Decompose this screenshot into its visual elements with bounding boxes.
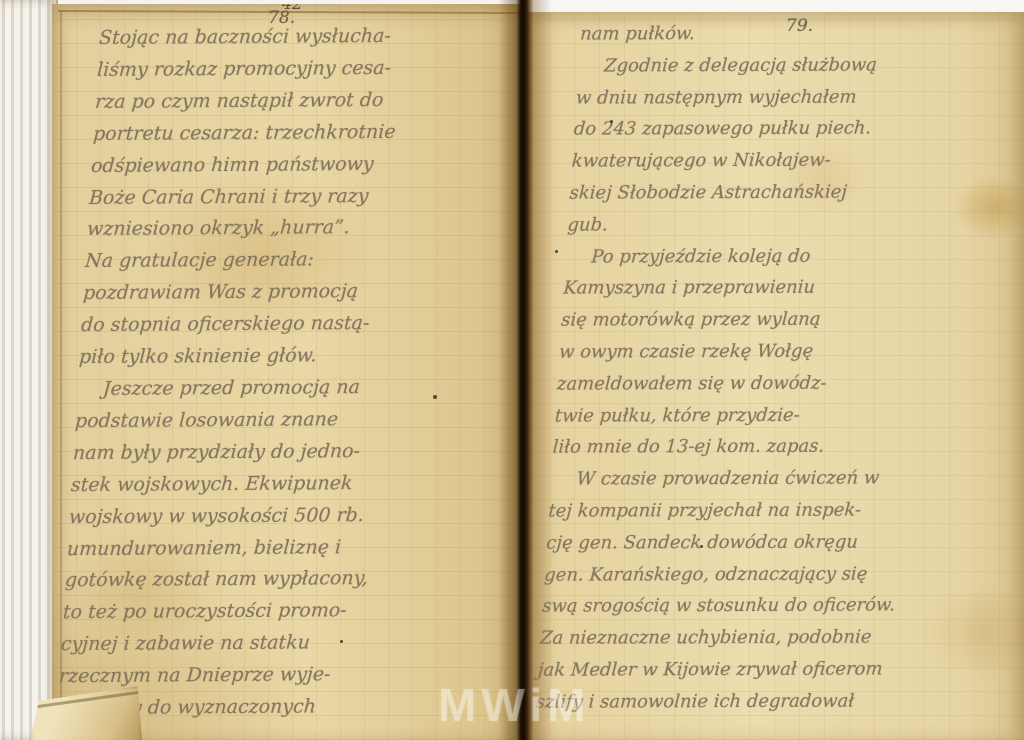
- handwritten-line: tej kompanii przyjechał na inspek-: [547, 494, 902, 527]
- handwritten-line: wojskowy w wysokości 500 rb.: [68, 500, 373, 534]
- handwritten-line: do 243 zapasowego pułku piech.: [573, 113, 928, 146]
- handwritten-line: swą srogością w stosunku do oficerów.: [541, 590, 896, 623]
- handwritten-line: kwaterującego w Nikołajew-: [571, 145, 926, 178]
- handwritten-line: Po przyjeździe koleją do: [564, 240, 919, 273]
- handwritten-line: Boże Caria Chrani i trzy razy: [88, 180, 393, 214]
- book-page-edges: [0, 0, 58, 740]
- handwritten-line: odśpiewano himn państwowy: [90, 148, 395, 182]
- handwritten-line: rzecznym na Dnieprze wyje-: [58, 659, 363, 693]
- handwritten-line: gub.: [566, 208, 921, 241]
- ink-speck: [433, 395, 437, 399]
- handwritten-line: nam były przydziały do jedno-: [72, 436, 377, 470]
- handwritten-line: piło tylko skinienie głów.: [78, 340, 383, 374]
- handwritten-line: cję gen. Sandeck dowódca okręgu: [545, 526, 900, 559]
- handwritten-line: liło mnie do 13-ej kom. zapas.: [552, 431, 907, 464]
- handwritten-line: umundurowaniem, bieliznę i: [66, 532, 371, 566]
- handwritten-line: zameldowałem się w dowódz-: [556, 367, 911, 400]
- ink-speck: [700, 545, 703, 548]
- ink-speck: [555, 250, 558, 253]
- handwriting-right-page: nam pułków.Zgodnie z delegacją służbowąw…: [535, 17, 934, 718]
- handwritten-line: się motorówką przez wylaną: [560, 304, 915, 337]
- archive-watermark: MWiM: [438, 678, 590, 732]
- handwritten-line: stek wojskowych. Ekwipunek: [70, 468, 375, 502]
- ink-speck: [340, 640, 343, 643]
- handwritten-line: gotówkę został nam wypłacony,: [64, 563, 369, 597]
- scan-background-strip: [520, 0, 1024, 12]
- handwritten-line: Jeszcze przed promocją na: [76, 372, 381, 406]
- handwritten-line: Na gratulacje generała:: [84, 244, 389, 278]
- handwritten-line: Kamyszyna i przeprawieniu: [562, 272, 917, 305]
- handwritten-line: twie pułku, które przydzie-: [554, 399, 909, 432]
- ink-speck: [610, 120, 613, 123]
- handwritten-line: do stopnia oficerskiego nastą-: [80, 308, 385, 342]
- handwritten-line: wzniesiono okrzyk „hurra”.: [86, 212, 391, 246]
- handwritten-line: podstawie losowania znane: [74, 404, 379, 438]
- handwritten-line: gen. Karańskiego, odznaczający się: [543, 558, 898, 591]
- handwritten-line: portretu cesarza: trzechkrotnie: [92, 117, 397, 151]
- handwritten-line: to też po uroczystości promo-: [62, 595, 367, 629]
- handwritten-line: nam pułków.: [579, 17, 934, 50]
- handwritten-line: cyjnej i zabawie na statku: [60, 627, 365, 661]
- diary-spread: 42 78. 79. Stojąc na baczności wysłucha-…: [0, 0, 1024, 740]
- handwritten-line: Stojąc na baczności wysłucha-: [98, 21, 403, 55]
- handwritten-line: Za nieznaczne uchybienia, podobnie: [539, 622, 894, 655]
- handwritten-line: liśmy rozkaz promocyjny cesa-: [96, 53, 401, 87]
- handwritten-line: w owym czasie rzekę Wołgę: [558, 335, 913, 368]
- handwritten-line: w dniu następnym wyjechałem: [575, 81, 930, 114]
- handwritten-line: skiej Słobodzie Astrachańskiej: [569, 176, 924, 209]
- handwritten-line: rza po czym nastąpił zwrot do: [94, 85, 399, 119]
- handwriting-left-page: Stojąc na baczności wysłucha-liśmy rozka…: [56, 21, 403, 725]
- handwritten-line: Zgodnie z delegacją służbową: [577, 49, 932, 82]
- handwritten-line: pozdrawiam Was z promocją: [82, 276, 387, 310]
- handwritten-line: W czasie prowadzenia ćwiczeń w: [550, 463, 905, 496]
